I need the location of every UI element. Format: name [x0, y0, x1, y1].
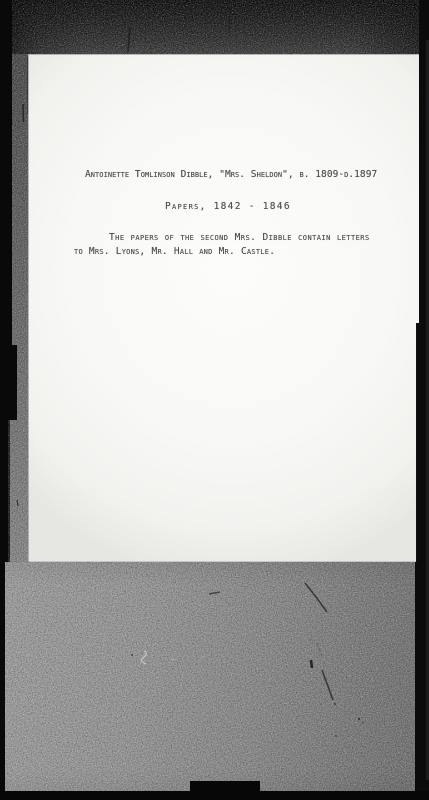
bottom-sprocket-notch [190, 781, 260, 800]
papers-date-line: Papers, 1842 - 1846 [165, 202, 291, 212]
catalog-card-page: Antoinette Tomlinson Dibble, "Mrs. Sheld… [28, 54, 420, 562]
description-line-1: The papers of the second Mrs. Dibble con… [109, 233, 370, 243]
microfilm-frame: Antoinette Tomlinson Dibble, "Mrs. Sheld… [0, 0, 429, 800]
top-exposure-band [0, 0, 429, 54]
collection-title-line: Antoinette Tomlinson Dibble, "Mrs. Sheld… [85, 170, 377, 180]
left-film-strip [10, 54, 28, 562]
bottom-exposure-area [5, 562, 416, 792]
description-line-2: to Mrs. Lyons, Mr. Hall and Mr. Castle. [74, 247, 275, 257]
